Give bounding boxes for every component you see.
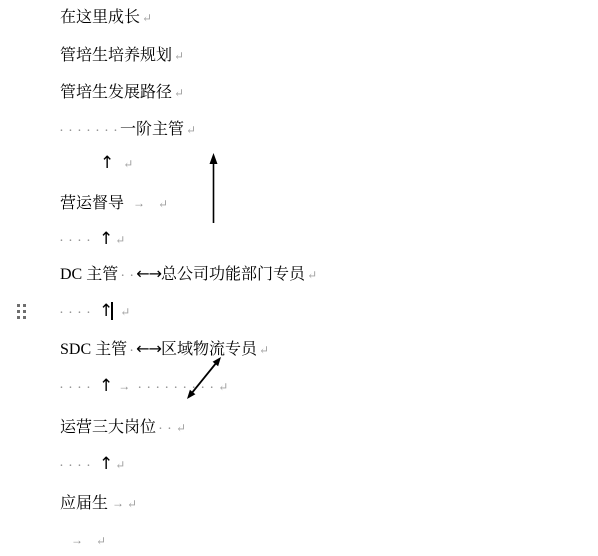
- paragraph-mark-icon: ↵: [176, 421, 186, 435]
- paragraph-mark-icon: ↵: [174, 86, 184, 100]
- space-dots: ··: [118, 266, 136, 283]
- spacer: [113, 315, 118, 316]
- spacer: [146, 207, 156, 208]
- drag-handle-dot: [17, 316, 20, 319]
- vertical-arrow-shape[interactable]: [205, 150, 222, 225]
- text-cursor: [111, 302, 113, 320]
- paragraph-mark-icon: ↵: [120, 305, 130, 319]
- paragraph-mark-icon: ↵: [142, 11, 152, 25]
- grow-here-line[interactable]: 在这里成长↵: [60, 8, 152, 28]
- text-run: DC 主管: [60, 266, 118, 283]
- paragraph-mark-icon: ↵: [123, 157, 133, 171]
- text-run: 营运督导: [60, 195, 124, 212]
- word-document-canvas[interactable]: 在这里成长↵管培生培养规划↵管培生发展路径↵·······一阶主管↵↑↵营运督导…: [0, 0, 598, 556]
- space-dots: ·······: [57, 121, 120, 138]
- text-run: 在这里成长: [60, 9, 140, 26]
- space-dots: ····: [57, 378, 93, 395]
- text-run: 管培生发展路径: [60, 84, 172, 101]
- up-arrow-char: ↑: [99, 454, 113, 474]
- paragraph-mark-icon: ↵: [127, 497, 137, 511]
- space-dots: ····: [57, 456, 93, 473]
- three-operations-positions-line[interactable]: 运营三大岗位··↵: [60, 418, 186, 438]
- trainee-plan-line[interactable]: 管培生培养规划↵: [60, 46, 184, 66]
- up-arrow-line-2[interactable]: ····↑↵: [57, 229, 125, 249]
- drag-handle-dot: [17, 304, 20, 307]
- spacer: [84, 544, 94, 545]
- left-right-arrow-char: ←→: [136, 339, 161, 358]
- tab-mark-icon: →: [70, 530, 84, 550]
- text-run: 管培生培养规划: [60, 47, 172, 64]
- drag-handle[interactable]: [17, 304, 26, 319]
- up-arrow-cursor-line[interactable]: ····↑↵: [57, 301, 130, 321]
- paragraph-mark-icon: ↵: [115, 458, 125, 472]
- spacer: [114, 167, 121, 168]
- tab-only-line[interactable]: →↵: [70, 530, 106, 550]
- paragraph-mark-icon: ↵: [96, 534, 106, 548]
- up-arrow-char: ↑: [99, 376, 113, 396]
- trainee-path-line[interactable]: 管培生发展路径↵: [60, 83, 184, 103]
- drag-handle-dot: [17, 310, 20, 313]
- space-dots: ····: [57, 231, 93, 248]
- drag-handle-dot: [23, 304, 26, 307]
- up-arrow-char: ↑: [100, 153, 114, 173]
- tab-mark-icon: →: [117, 376, 131, 396]
- space-dots: ··: [156, 419, 174, 436]
- graduate-line[interactable]: 应届生→↵: [60, 493, 137, 513]
- up-arrow-line-4[interactable]: ····↑↵: [57, 454, 125, 474]
- first-stage-supervisor-line[interactable]: ·······一阶主管↵: [57, 120, 196, 140]
- text-run: SDC 主管: [60, 341, 127, 358]
- text-run: 总公司功能部门专员: [161, 266, 305, 283]
- paragraph-mark-icon: ↵: [115, 233, 125, 247]
- sdc-manager-line[interactable]: SDC 主管·←→区域物流专员↵: [60, 339, 269, 359]
- paragraph-mark-icon: ↵: [158, 197, 168, 211]
- paragraph-mark-icon: ↵: [307, 268, 317, 282]
- paragraph-mark-icon: ↵: [186, 123, 196, 137]
- space-dots: ····: [57, 303, 93, 320]
- text-run: 运营三大岗位: [60, 419, 156, 436]
- paragraph-mark-icon: ↵: [259, 343, 269, 357]
- paragraph-mark-icon: ↵: [174, 49, 184, 63]
- tab-mark-icon: →: [132, 193, 146, 213]
- text-run: 应届生: [60, 495, 108, 512]
- up-arrow-line-1[interactable]: ↑↵: [100, 153, 133, 173]
- space-dots: ·: [127, 341, 136, 358]
- left-right-arrow-char: ←→: [136, 264, 161, 283]
- tab-mark-icon: →: [111, 493, 125, 513]
- operations-supervisor-line[interactable]: 营运督导→↵: [60, 193, 168, 213]
- drag-handle-dot: [23, 310, 26, 313]
- spacer: [124, 207, 132, 208]
- diagonal-double-arrow-shape[interactable]: [181, 352, 227, 404]
- up-arrow-char: ↑: [99, 229, 113, 249]
- text-run: 一阶主管: [120, 121, 184, 138]
- drag-handle-dot: [23, 316, 26, 319]
- dc-manager-line[interactable]: DC 主管··←→总公司功能部门专员↵: [60, 264, 317, 284]
